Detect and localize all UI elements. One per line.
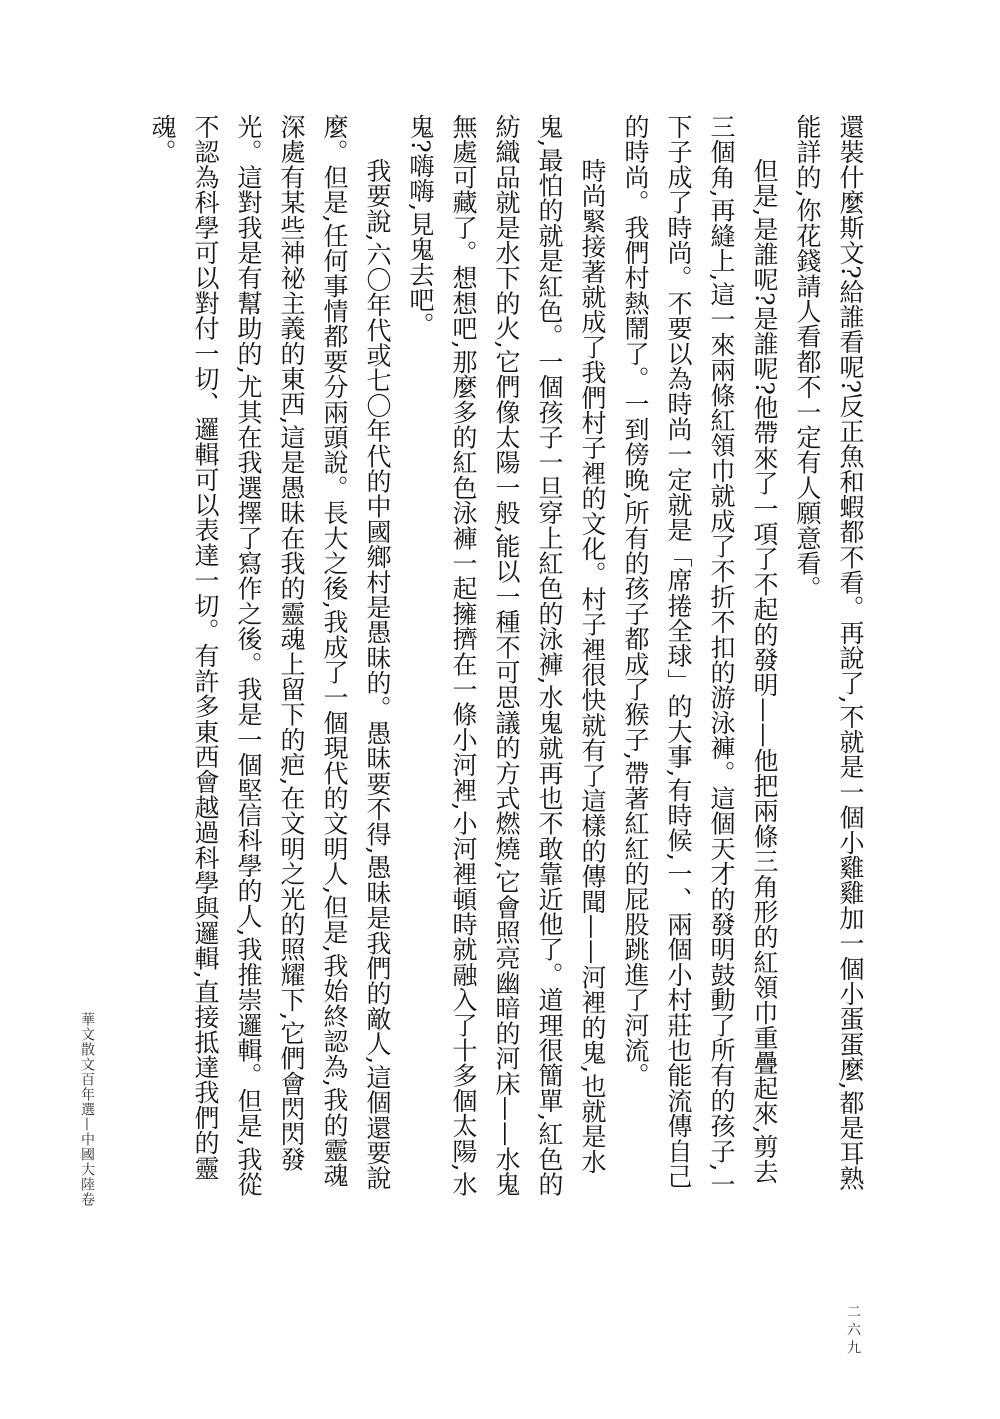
paragraph: 但是,是誰呢?是誰呢?他帶來了一項了不起的發明——他把兩條三角形的紅領巾重疊起來… bbox=[614, 114, 786, 1200]
paragraph: 我要說,六〇年代或七〇年代的中國鄉村是愚昧的。愚昧要不得,愚昧是我們的敵人,這個… bbox=[141, 114, 399, 1200]
book-title-caption: 華文散文百年選—中國大陸卷 bbox=[79, 1012, 95, 1222]
page-number: 二六九 bbox=[845, 1304, 861, 1358]
book-page: 還裝什麼斯文?給誰看呢?反正魚和蝦都不看。再說了,不就是一個小雞雞加一個小蛋蛋麼… bbox=[0, 0, 1000, 1419]
paragraph: 時尚緊接著就成了我們村子裡的文化。村子裡很快就有了這樣的傳聞——河裡的鬼,也就是… bbox=[399, 114, 614, 1200]
paragraph: 還裝什麼斯文?給誰看呢?反正魚和蝦都不看。再說了,不就是一個小雞雞加一個小蛋蛋麼… bbox=[786, 114, 872, 1200]
essay-body: 還裝什麼斯文?給誰看呢?反正魚和蝦都不看。再說了,不就是一個小雞雞加一個小蛋蛋麼… bbox=[92, 114, 872, 1200]
